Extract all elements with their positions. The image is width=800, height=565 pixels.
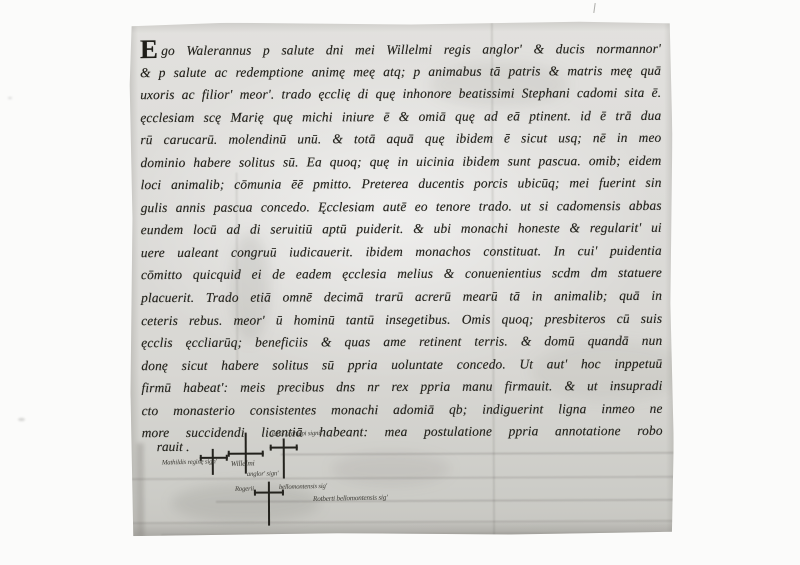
margin-speck (18, 418, 25, 421)
text-line: gulis annis pascua concedo. Ęcclesiam au… (141, 195, 662, 220)
cross-stroke (270, 446, 298, 448)
text-line: rū carucarū. molendinū unū. & totā aquā … (140, 127, 661, 152)
charter-photo: Ego Walerannus p salute dni mei Willelmi… (129, 21, 674, 537)
initial-capital: E (140, 39, 158, 59)
crease-line (161, 532, 661, 536)
crease-line (131, 476, 674, 480)
signature-roger-name: Rogerii (235, 485, 254, 492)
text-line: uxoris ac filior' meor'. trado ęcclię di… (140, 82, 661, 107)
crease-line (216, 499, 674, 503)
cross-serif (262, 450, 264, 456)
text-line: donę sicut habere solitus sū ppria uolun… (141, 353, 662, 378)
parchment-stain (331, 452, 451, 487)
signature-king-name: Willelmi (231, 458, 255, 468)
margin-tick-mark (593, 3, 595, 13)
text-line: more succidendi licentiā habeant: mea po… (142, 420, 663, 445)
signature-robert: Rotberti bellomontensis sig' (313, 493, 388, 503)
text-line: & p salute ac redemptione animę meę atq;… (140, 59, 661, 84)
crease-line (281, 452, 674, 455)
text-line: firmū habeat': meis precibus dns nr rex … (141, 375, 662, 400)
signature-roger-title: bellomontensis sig' (279, 483, 327, 491)
cross-serif (296, 444, 298, 450)
text-line: ęcclis ęccliarūq; beneficiis & quas ame … (141, 330, 662, 355)
text-line: cōmitto quicquid ei de eadem ęcclesia me… (141, 262, 662, 287)
text-line: ęcclesiam scę Marię quę michi iniure ē &… (140, 105, 661, 130)
signature-queen: Mathildis reginę sign' (162, 458, 217, 466)
cross-stroke (268, 482, 270, 526)
text-line: ceteris rebus. meor' ū hominū tantū inse… (141, 307, 662, 332)
cross-stroke (283, 439, 285, 479)
signature-king-title: anglor' sign' (247, 470, 279, 478)
text-line: cto monasterio consistentes monachi adom… (142, 398, 663, 423)
cross-stroke (254, 492, 284, 494)
text-line: placuerit. Trado etiā omnē decimā trarū … (141, 285, 662, 310)
text-line-content: go Walerannus p salute dni mei Willelmi … (161, 41, 661, 58)
margin-speck (8, 97, 12, 99)
text-line: uere ualeant congruū iudicauerit. ibidem… (141, 240, 662, 265)
cross-serif (270, 444, 272, 450)
crease-line (131, 520, 674, 524)
cross-serif (228, 451, 230, 457)
closing-word: rauit . (157, 439, 190, 455)
edge-smudge (137, 443, 144, 537)
text-line: eundem locū ad di seruitiū aptū puiderit… (141, 217, 662, 242)
text-line: loci animalib; cōmunia ēē pmitto. Preter… (141, 172, 662, 197)
cross-serif (254, 489, 256, 495)
text-line: dominio habere solitus sū. Ea quoq; quę … (140, 150, 661, 175)
signature-archbishop: Johis archiepi signū (271, 430, 322, 438)
cross-stroke (228, 453, 264, 455)
manuscript-text: Ego Walerannus p salute dni mei Willelmi… (140, 37, 663, 445)
text-line: Ego Walerannus p salute dni mei Willelmi… (140, 37, 661, 62)
